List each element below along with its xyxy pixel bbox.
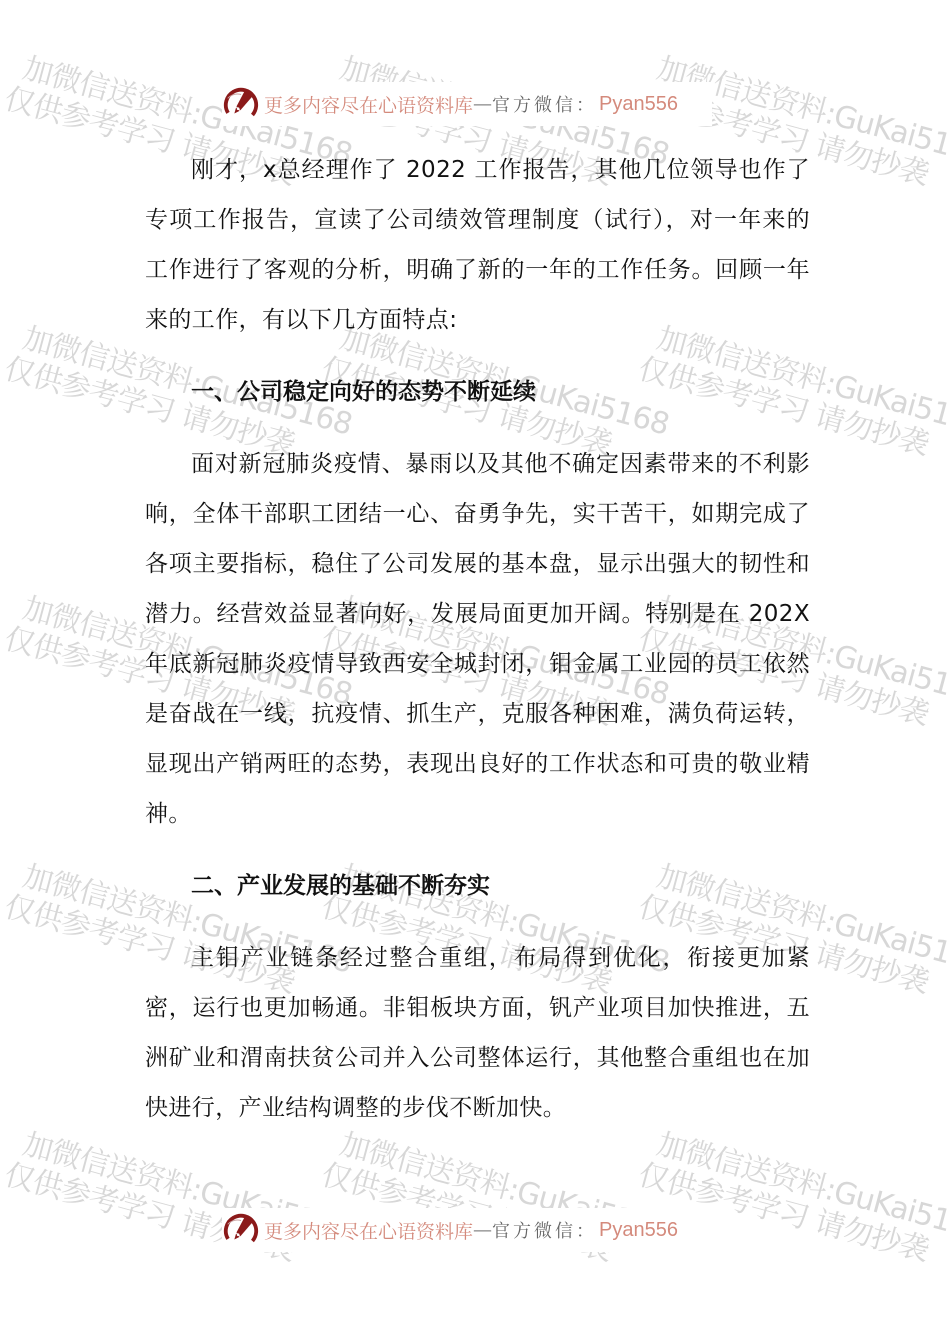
intro-paragraph: 刚才，x总经理作了 2022 工作报告，其他几位领导也作了专项工作报告，宣读了公…: [145, 145, 810, 345]
footer-banner: 更多内容尽在心语资料库 — 官方微信： Pyan556: [222, 1208, 712, 1252]
banner-wechat-id: Pyan556: [599, 1219, 678, 1242]
document-page: 加微信送资料:GuKai5168仅供参考学习 请勿抄袭 加微信送资料:GuKai…: [0, 0, 950, 1344]
watermark: 加微信送资料:GuKai5168仅供参考学习 请勿抄袭: [644, 1128, 950, 1281]
banner-wechat-label: 官方微信：: [492, 91, 597, 117]
banner-dash: —: [473, 93, 492, 115]
banner-title: 更多内容尽在心语资料库: [264, 1217, 473, 1244]
banner-wechat-id: Pyan556: [599, 93, 678, 116]
section-heading-2: 二、产业发展的基础不断夯实: [145, 861, 810, 911]
document-body: 刚才，x总经理作了 2022 工作报告，其他几位领导也作了专项工作报告，宣读了公…: [145, 145, 810, 1133]
section-paragraph-1: 面对新冠肺炎疫情、暴雨以及其他不确定因素带来的不利影响，全体干部职工团结一心、奋…: [145, 439, 810, 839]
watermark: 加微信送资料:GuKai5168仅供参考学习 请勿抄袭: [327, 1128, 672, 1281]
watermark: 加微信送资料:GuKai5168仅供参考学习 请勿抄袭: [10, 1128, 355, 1281]
header-banner: 更多内容尽在心语资料库 — 官方微信： Pyan556: [222, 82, 712, 126]
section-paragraph-2: 主钼产业链条经过整合重组，布局得到优化，衔接更加紧密，运行也更加畅通。非钼板块方…: [145, 933, 810, 1133]
section-heading-1: 一、公司稳定向好的态势不断延续: [145, 367, 810, 417]
quill-pen-logo-icon: [222, 1211, 260, 1249]
banner-title: 更多内容尽在心语资料库: [264, 91, 473, 118]
banner-dash: —: [473, 1219, 492, 1241]
quill-pen-logo-icon: [222, 85, 260, 123]
banner-wechat-label: 官方微信：: [492, 1217, 597, 1243]
